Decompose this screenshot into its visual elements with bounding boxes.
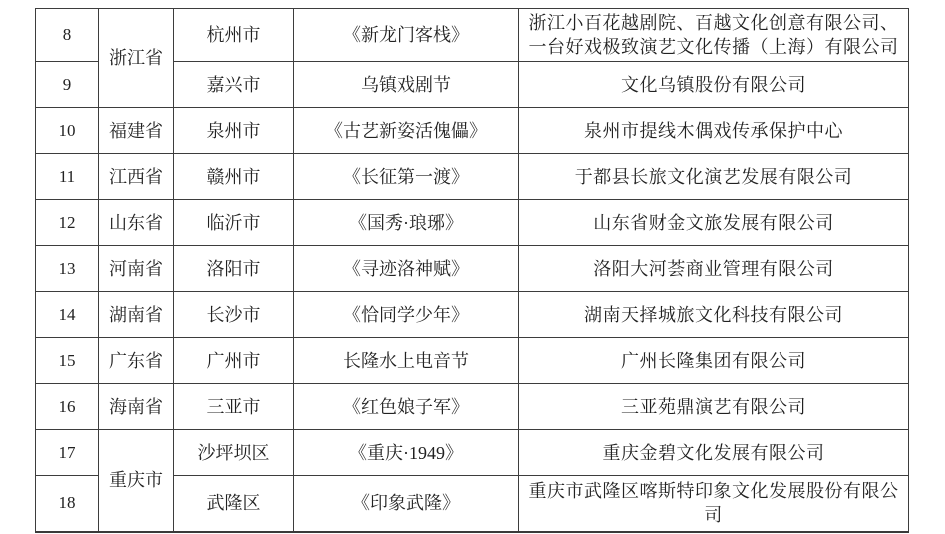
table-row: 15 广东省 广州市 长隆水上电音节 广州长隆集团有限公司	[36, 338, 909, 384]
cell-company: 湖南天择城旅文化科技有限公司	[519, 292, 909, 338]
cell-city: 嘉兴市	[174, 62, 294, 108]
table-row: 14 湖南省 长沙市 《恰同学少年》 湖南天择城旅文化科技有限公司	[36, 292, 909, 338]
table-row: 13 河南省 洛阳市 《寻迹洛神赋》 洛阳大河荟商业管理有限公司	[36, 246, 909, 292]
cell-row-number: 17	[36, 430, 99, 476]
table-row: 11 江西省 赣州市 《长征第一渡》 于都县长旅文化演艺发展有限公司	[36, 154, 909, 200]
cell-city: 临沂市	[174, 200, 294, 246]
cell-city: 长沙市	[174, 292, 294, 338]
cell-province: 山东省	[99, 200, 174, 246]
cell-row-number: 12	[36, 200, 99, 246]
document-page: 8 浙江省 杭州市 《新龙门客栈》 浙江小百花越剧院、百越文化创意有限公司、一台…	[35, 8, 909, 533]
cell-company: 文化乌镇股份有限公司	[519, 62, 909, 108]
cell-city: 赣州市	[174, 154, 294, 200]
cell-project-title: 《古艺新姿活傀儡》	[294, 108, 519, 154]
cell-city: 三亚市	[174, 384, 294, 430]
cell-row-number: 13	[36, 246, 99, 292]
cell-project-title: 《寻迹洛神赋》	[294, 246, 519, 292]
cell-company: 洛阳大河荟商业管理有限公司	[519, 246, 909, 292]
cell-project-title: 《恰同学少年》	[294, 292, 519, 338]
cell-company: 浙江小百花越剧院、百越文化创意有限公司、一台好戏极致演艺文化传播（上海）有限公司	[519, 9, 909, 62]
cell-company: 三亚苑鼎演艺有限公司	[519, 384, 909, 430]
cell-project-title: 长隆水上电音节	[294, 338, 519, 384]
cell-company: 山东省财金文旅发展有限公司	[519, 200, 909, 246]
cell-row-number: 9	[36, 62, 99, 108]
cell-row-number: 8	[36, 9, 99, 62]
cell-row-number: 18	[36, 476, 99, 532]
cell-project-title: 《国秀·琅琊》	[294, 200, 519, 246]
cell-project-title: 《印象武隆》	[294, 476, 519, 532]
cell-city: 杭州市	[174, 9, 294, 62]
cell-row-number: 15	[36, 338, 99, 384]
cell-province: 福建省	[99, 108, 174, 154]
cell-company: 重庆金碧文化发展有限公司	[519, 430, 909, 476]
cell-province: 重庆市	[99, 430, 174, 532]
cell-row-number: 10	[36, 108, 99, 154]
cell-company: 广州长隆集团有限公司	[519, 338, 909, 384]
cell-city: 泉州市	[174, 108, 294, 154]
cell-city: 洛阳市	[174, 246, 294, 292]
cell-row-number: 14	[36, 292, 99, 338]
cell-project-title: 《长征第一渡》	[294, 154, 519, 200]
cell-company: 于都县长旅文化演艺发展有限公司	[519, 154, 909, 200]
cell-project-title: 《红色娘子军》	[294, 384, 519, 430]
cell-row-number: 11	[36, 154, 99, 200]
cell-city: 武隆区	[174, 476, 294, 532]
cell-project-title: 《新龙门客栈》	[294, 9, 519, 62]
table-row: 12 山东省 临沂市 《国秀·琅琊》 山东省财金文旅发展有限公司	[36, 200, 909, 246]
cell-project-title: 乌镇戏剧节	[294, 62, 519, 108]
table-row: 16 海南省 三亚市 《红色娘子军》 三亚苑鼎演艺有限公司	[36, 384, 909, 430]
cell-province: 海南省	[99, 384, 174, 430]
table-row: 10 福建省 泉州市 《古艺新姿活傀儡》 泉州市提线木偶戏传承保护中心	[36, 108, 909, 154]
cell-company: 重庆市武隆区喀斯特印象文化发展股份有限公司	[519, 476, 909, 532]
cell-city: 沙坪坝区	[174, 430, 294, 476]
table-row: 17 重庆市 沙坪坝区 《重庆·1949》 重庆金碧文化发展有限公司	[36, 430, 909, 476]
cell-province: 河南省	[99, 246, 174, 292]
cell-province: 湖南省	[99, 292, 174, 338]
table-row: 8 浙江省 杭州市 《新龙门客栈》 浙江小百花越剧院、百越文化创意有限公司、一台…	[36, 9, 909, 62]
cell-project-title: 《重庆·1949》	[294, 430, 519, 476]
cell-province: 广东省	[99, 338, 174, 384]
cell-province: 浙江省	[99, 9, 174, 108]
cell-company: 泉州市提线木偶戏传承保护中心	[519, 108, 909, 154]
cell-city: 广州市	[174, 338, 294, 384]
cell-row-number: 16	[36, 384, 99, 430]
cell-province: 江西省	[99, 154, 174, 200]
performance-projects-table: 8 浙江省 杭州市 《新龙门客栈》 浙江小百花越剧院、百越文化创意有限公司、一台…	[35, 8, 909, 533]
